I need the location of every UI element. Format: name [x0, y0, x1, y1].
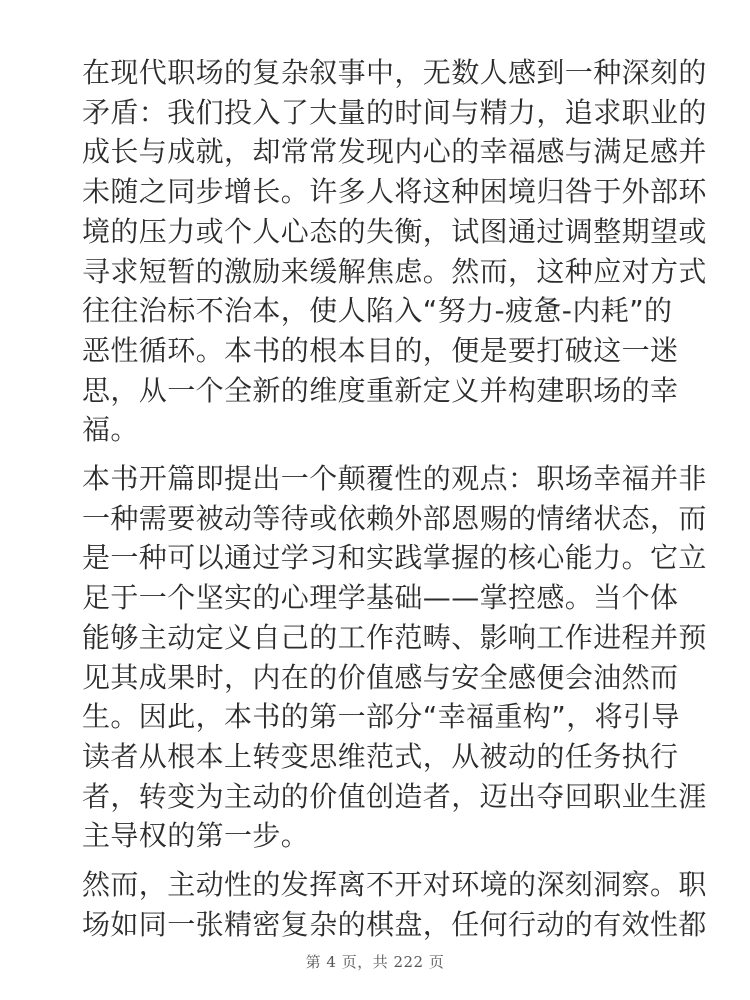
- paragraph-2: 本书开篇即提出一个颠覆性的观点：职场幸福并非 一种需要被动等待或依赖外部恩赐的情…: [82, 459, 666, 856]
- text-line: 本书开篇即提出一个颠覆性的观点：职场幸福并非: [82, 459, 666, 499]
- text-line: 寻求短暂的激励来缓解焦虑。然而，这种应对方式: [82, 252, 666, 292]
- text-line: 思，从一个全新的维度重新定义并构建职场的幸: [82, 371, 666, 411]
- text-line: 读者从根本上转变思维范式，从被动的任务执行: [82, 737, 666, 777]
- text-line: 见其成果时，内在的价值感与安全感便会油然而: [82, 658, 666, 698]
- text-line: 场如同一张精密复杂的棋盘，任何行动的有效性都: [82, 905, 666, 945]
- text-line: 能够主动定义自己的工作范畴、影响工作进程并预: [82, 618, 666, 658]
- text-line: 恶性循环。本书的根本目的，便是要打破这一迷: [82, 331, 666, 371]
- page-indicator: 第 4 页，共 222 页: [0, 951, 750, 972]
- text-line: 一种需要被动等待或依赖外部恩赐的情绪状态，而: [82, 499, 666, 539]
- text-line: 是一种可以通过学习和实践掌握的核心能力。它立: [82, 538, 666, 578]
- text-line: 往往治标不治本，使人陷入“努力-疲惫-内耗”的: [82, 291, 666, 331]
- text-line: 福。: [82, 410, 666, 450]
- paragraph-3: 然而，主动性的发挥离不开对环境的深刻洞察。职 场如同一张精密复杂的棋盘，任何行动…: [82, 865, 666, 944]
- text-line: 成长与成就，却常常发现内心的幸福感与满足感并: [82, 132, 666, 172]
- text-line: 未随之同步增长。许多人将这种困境归咎于外部环: [82, 172, 666, 212]
- text-line: 生。因此，本书的第一部分“幸福重构”，将引导: [82, 697, 666, 737]
- text-line: 矛盾：我们投入了大量的时间与精力，追求职业的: [82, 93, 666, 133]
- text-line: 者，转变为主动的价值创造者，迈出夺回职业生涯: [82, 777, 666, 817]
- text-line: 境的压力或个人心态的失衡，试图通过调整期望或: [82, 212, 666, 252]
- text-line: 然而，主动性的发挥离不开对环境的深刻洞察。职: [82, 865, 666, 905]
- text-line: 在现代职场的复杂叙事中，无数人感到一种深刻的: [82, 53, 666, 93]
- text-line: 足于一个坚实的心理学基础——掌控感。当个体: [82, 578, 666, 618]
- paragraph-1: 在现代职场的复杂叙事中，无数人感到一种深刻的 矛盾：我们投入了大量的时间与精力，…: [82, 53, 666, 450]
- document-page: 在现代职场的复杂叙事中，无数人感到一种深刻的 矛盾：我们投入了大量的时间与精力，…: [82, 53, 666, 953]
- text-line: 主导权的第一步。: [82, 816, 666, 856]
